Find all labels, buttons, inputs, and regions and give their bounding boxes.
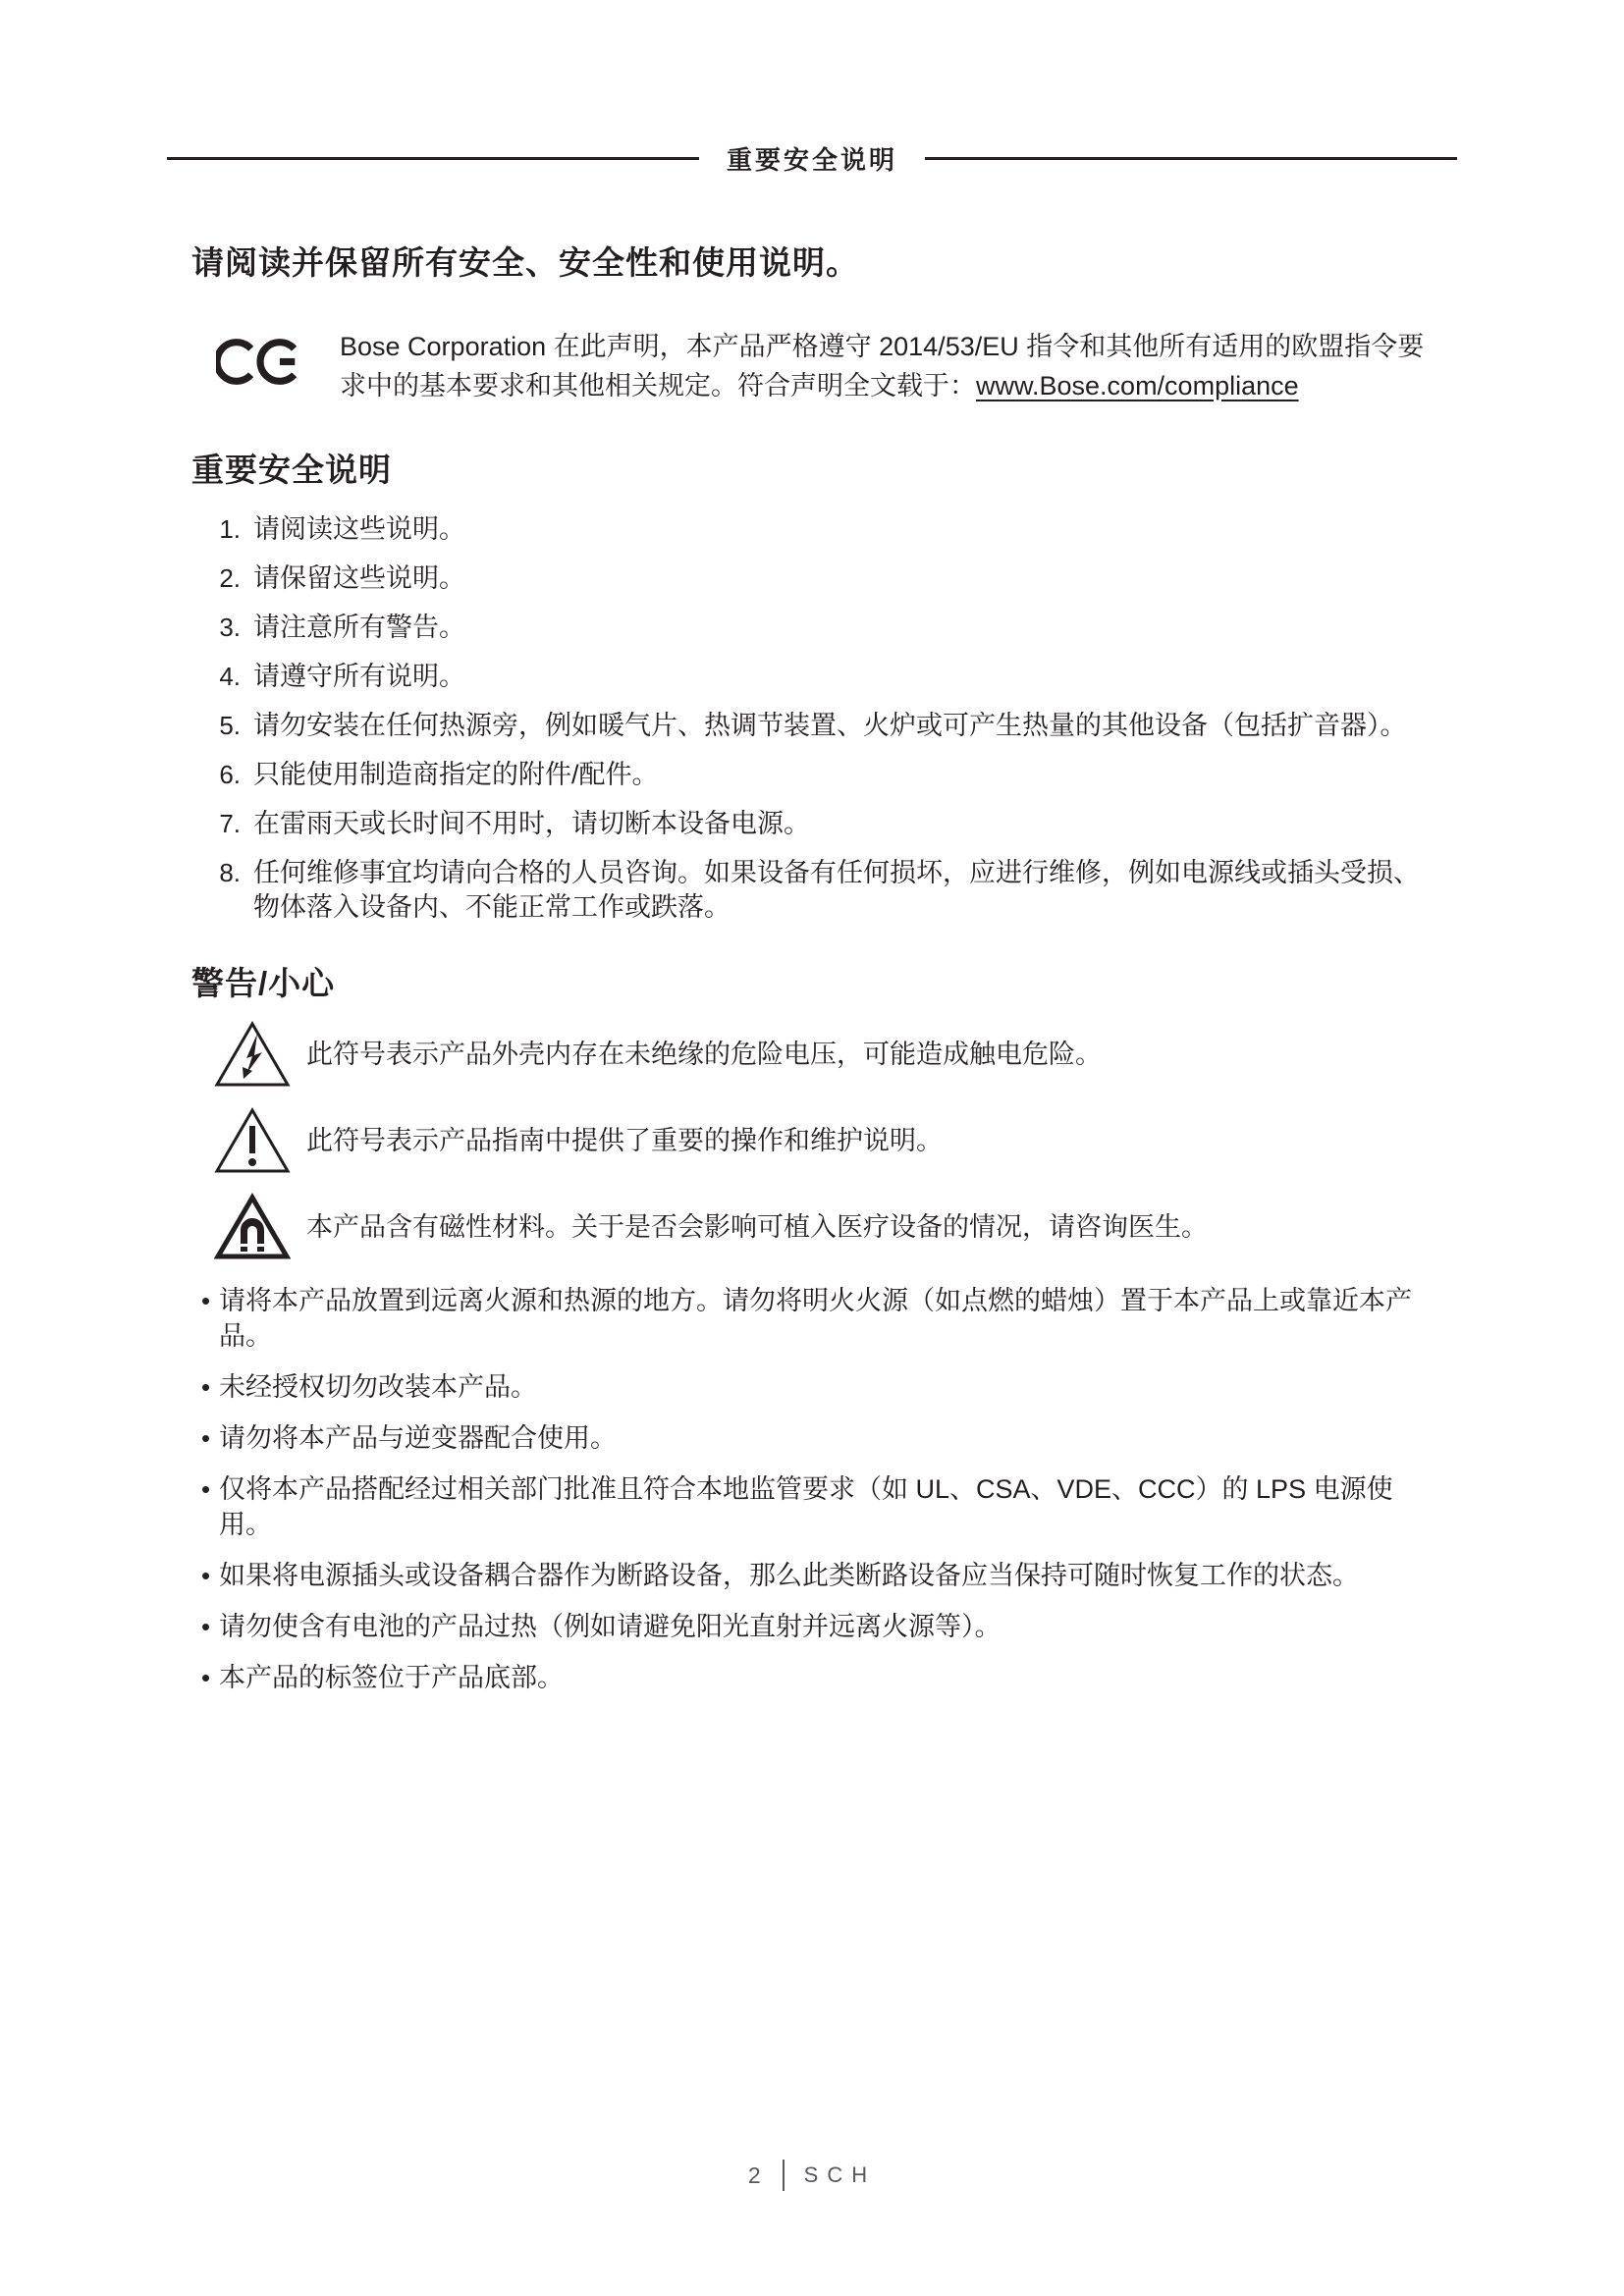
list-item-text: 请将本产品放置到远离火源和热源的地方。请勿将明火火源（如点燃的蜡烛）置于本产品上…	[219, 1283, 1427, 1354]
list-item: 如果将电源插头或设备耦合器作为断路设备，那么此类断路设备应当保持可随时恢复工作的…	[191, 1558, 1434, 1593]
list-item-number: 2.	[191, 561, 241, 596]
list-item: 2. 请保留这些说明。	[191, 561, 1434, 596]
list-item-text: 请保留这些说明。	[253, 561, 465, 596]
list-item: 未经授权切勿改装本产品。	[191, 1369, 1434, 1405]
page-number: 2	[748, 2163, 763, 2189]
list-item: 请勿使含有电池的产品过热（例如请避免阳光直射并远离火源等）。	[191, 1609, 1434, 1644]
warning-row: 本产品含有磁性材料。关于是否会影响可植入医疗设备的情况，请咨询医生。	[191, 1193, 1434, 1261]
footer-divider	[783, 2160, 785, 2191]
header-rule-left	[167, 157, 699, 160]
list-item-text: 未经授权切勿改装本产品。	[219, 1369, 537, 1405]
list-item: 7. 在雷雨天或长时间不用时，请切断本设备电源。	[191, 807, 1434, 841]
warning-text: 此符号表示产品指南中提供了重要的操作和维护说明。	[306, 1123, 943, 1158]
bullet-marker	[201, 1609, 219, 1644]
page-title: 请阅读并保留所有安全、安全性和使用说明。	[191, 238, 1434, 284]
list-item: 1. 请阅读这些说明。	[191, 512, 1434, 547]
list-item-text: 本产品的标签位于产品底部。	[219, 1660, 564, 1695]
list-item-text: 只能使用制造商指定的附件/配件。	[253, 758, 659, 792]
footer-language-code: SCH	[804, 2163, 876, 2188]
list-item-number: 6.	[191, 758, 241, 792]
list-item: 仅将本产品搭配经过相关部门批准且符合本地监管要求（如 UL、CSA、VDE、CC…	[191, 1471, 1434, 1542]
list-item-number: 8.	[191, 856, 241, 925]
list-item-number: 3.	[191, 611, 241, 645]
list-item-text: 仅将本产品搭配经过相关部门批准且符合本地监管要求（如 UL、CSA、VDE、CC…	[219, 1471, 1427, 1542]
bullet-marker	[201, 1283, 219, 1354]
warning-text: 本产品含有磁性材料。关于是否会影响可植入医疗设备的情况，请咨询医生。	[306, 1209, 1208, 1245]
list-item-text: 请勿安装在任何热源旁，例如暖气片、热调节装置、火炉或可产生热量的其他设备（包括扩…	[253, 709, 1407, 743]
list-item-text: 请勿使含有电池的产品过热（例如请避免阳光直射并远离火源等）。	[219, 1609, 1001, 1644]
page-header: 重要安全说明	[167, 140, 1457, 177]
list-item-text: 在雷雨天或长时间不用时，请切断本设备电源。	[253, 807, 810, 841]
bullet-marker	[201, 1660, 219, 1695]
ce-declaration-block: Bose Corporation 在此声明，本产品严格遵守 2014/53/EU…	[191, 327, 1434, 405]
list-item-text: 请阅读这些说明。	[253, 512, 465, 547]
list-item: 请勿将本产品与逆变器配合使用。	[191, 1420, 1434, 1456]
bullet-list: 请将本产品放置到远离火源和热源的地方。请勿将明火火源（如点燃的蜡烛）置于本产品上…	[191, 1283, 1434, 1695]
document-page: 重要安全说明 请阅读并保留所有安全、安全性和使用说明。 Bose Corpora…	[0, 0, 1624, 2296]
list-item-text: 如果将电源插头或设备耦合器作为断路设备，那么此类断路设备应当保持可随时恢复工作的…	[219, 1558, 1359, 1593]
compliance-url-link[interactable]: www.Bose.com/compliance	[976, 371, 1299, 400]
list-item-number: 1.	[191, 512, 241, 547]
header-rule-right	[925, 157, 1457, 160]
ce-mark-icon	[216, 335, 302, 389]
list-item: 3. 请注意所有警告。	[191, 611, 1434, 645]
main-content: 请阅读并保留所有安全、安全性和使用说明。 Bose Corporation 在此…	[191, 238, 1434, 1695]
section-heading-warning-caution: 警告/小心	[191, 958, 1434, 1004]
header-title: 重要安全说明	[699, 140, 925, 177]
list-item-text: 请注意所有警告。	[253, 611, 465, 645]
warning-text: 此符号表示产品外壳内存在未绝缘的危险电压，可能造成触电危险。	[306, 1037, 1102, 1072]
bullet-marker	[201, 1420, 219, 1456]
list-item-text: 请遵守所有说明。	[253, 660, 465, 694]
exclamation-triangle-icon	[214, 1106, 291, 1175]
magnet-triangle-icon	[214, 1193, 291, 1261]
warning-row: 此符号表示产品指南中提供了重要的操作和维护说明。	[191, 1106, 1434, 1175]
list-item-number: 4.	[191, 660, 241, 694]
list-item: 4. 请遵守所有说明。	[191, 660, 1434, 694]
warning-symbol-list: 此符号表示产品外壳内存在未绝缘的危险电压，可能造成触电危险。 此符号表示产品指南…	[191, 1020, 1434, 1261]
ce-declaration-text: Bose Corporation 在此声明，本产品严格遵守 2014/53/EU…	[340, 327, 1434, 405]
bullet-marker	[201, 1471, 219, 1542]
list-item: 6. 只能使用制造商指定的附件/配件。	[191, 758, 1434, 792]
list-item-text: 任何维修事宜均请向合格的人员咨询。如果设备有任何损坏，应进行维修，例如电源线或插…	[253, 856, 1434, 925]
page-footer: 2 SCH	[0, 2160, 1624, 2191]
bullet-marker	[201, 1369, 219, 1405]
list-item: 8. 任何维修事宜均请向合格的人员咨询。如果设备有任何损坏，应进行维修，例如电源…	[191, 856, 1434, 925]
section-heading-safety: 重要安全说明	[191, 445, 1434, 491]
list-item-number: 7.	[191, 807, 241, 841]
list-item: 请将本产品放置到远离火源和热源的地方。请勿将明火火源（如点燃的蜡烛）置于本产品上…	[191, 1283, 1434, 1354]
warning-row: 此符号表示产品外壳内存在未绝缘的危险电压，可能造成触电危险。	[191, 1020, 1434, 1089]
list-item-text: 请勿将本产品与逆变器配合使用。	[219, 1420, 617, 1456]
numbered-instruction-list: 1. 请阅读这些说明。 2. 请保留这些说明。 3. 请注意所有警告。 4. 请…	[191, 512, 1434, 925]
list-item-number: 5.	[191, 709, 241, 743]
bullet-marker	[201, 1558, 219, 1593]
list-item: 5. 请勿安装在任何热源旁，例如暖气片、热调节装置、火炉或可产生热量的其他设备（…	[191, 709, 1434, 743]
list-item: 本产品的标签位于产品底部。	[191, 1660, 1434, 1695]
lightning-triangle-icon	[214, 1020, 291, 1089]
